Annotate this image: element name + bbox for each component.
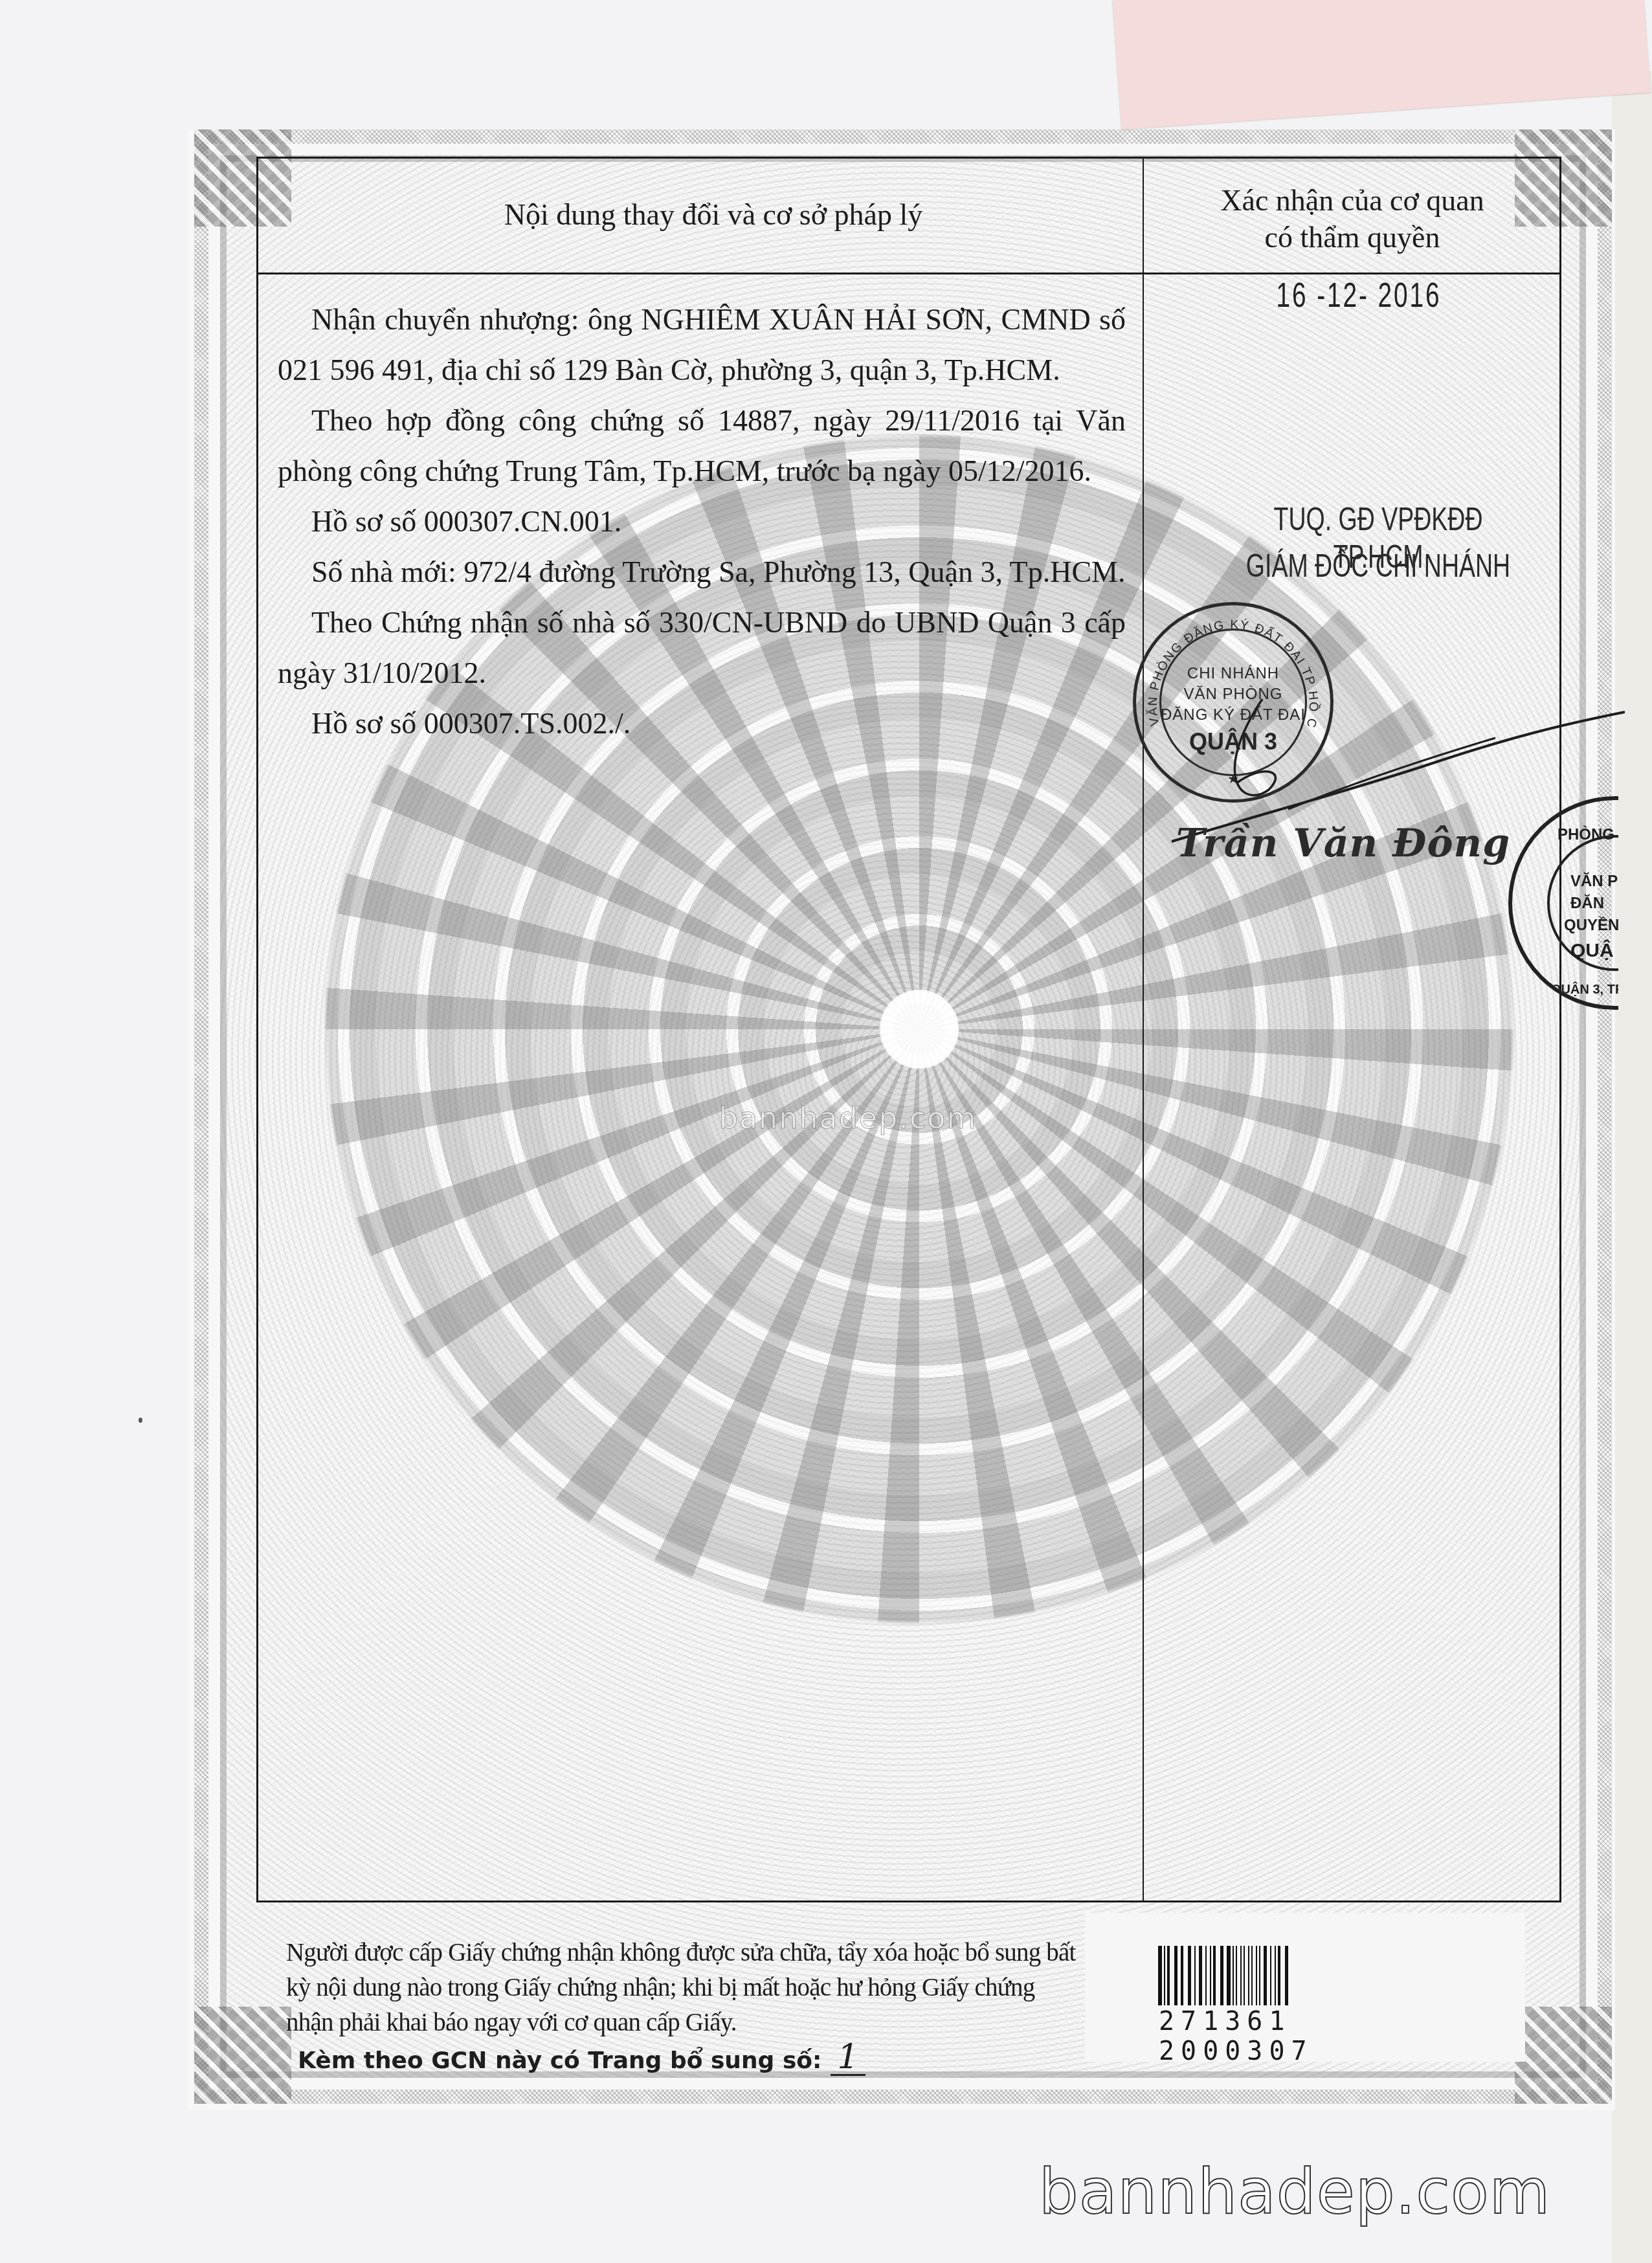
partial-seal-line1: VĂN P bbox=[1570, 873, 1618, 891]
partial-seal-outer-text: PHÒNG TÀI NGUYÊN bbox=[1557, 826, 1618, 844]
attachment-line: Kèm theo GCN này có Trang bổ sung số:1 bbox=[298, 2040, 865, 2076]
date-stamp: 16 -12- 2016 bbox=[1266, 275, 1452, 315]
barcode-icon bbox=[1158, 1946, 1291, 2005]
barcode-bar bbox=[1188, 1946, 1191, 2005]
barcode-bar bbox=[1227, 1946, 1231, 2005]
barcode-bar bbox=[1199, 1946, 1202, 2005]
corner-ornament-icon bbox=[194, 2007, 291, 2104]
attachment-page-number: 1 bbox=[831, 2040, 865, 2076]
signer-name: Trần Văn Đông bbox=[1175, 821, 1512, 866]
barcode-bar bbox=[1205, 1946, 1207, 2005]
page-edge-strip bbox=[1612, 71, 1652, 2263]
header-divider bbox=[258, 273, 1559, 274]
partial-seal-line4: QUẬ bbox=[1570, 940, 1614, 962]
change-entry-transfer: Nhận chuyển nhượng: ông NGHIÊM XUÂN HẢI … bbox=[278, 295, 1126, 396]
header-authority-confirmation: Xác nhận của cơ quan có thẩm quyền bbox=[1145, 182, 1559, 256]
change-entry-file-ts: Hồ sơ số 000307.TS.002./. bbox=[278, 698, 1126, 749]
barcode-bar bbox=[1285, 1946, 1288, 2005]
barcode-bar bbox=[1220, 1946, 1223, 2005]
authority-line-2: GIÁM ĐỐC CHI NHÁNH bbox=[1242, 547, 1514, 585]
partial-seal-line3: QUYỀN SỬ bbox=[1564, 917, 1618, 935]
barcode-bar bbox=[1259, 1946, 1260, 2005]
barcode-bar bbox=[1174, 1946, 1178, 2005]
column-divider bbox=[1143, 159, 1144, 1901]
barcode-bar bbox=[1275, 1946, 1276, 2005]
attachment-label: Kèm theo GCN này có Trang bổ sung số: bbox=[298, 2047, 821, 2074]
barcode-bar bbox=[1244, 1946, 1245, 2005]
barcode-bar bbox=[1181, 1946, 1183, 2005]
barcode-bar bbox=[1278, 1946, 1280, 2005]
changes-table: Nội dung thay đổi và cơ sở pháp lý Xác n… bbox=[256, 157, 1561, 1902]
barcode-bar bbox=[1240, 1946, 1242, 2005]
barcode-number: 271361 2000307 bbox=[1159, 2007, 1431, 2066]
change-entry-contract: Theo hợp đồng công chứng số 14887, ngày … bbox=[278, 396, 1126, 496]
barcode-bar bbox=[1233, 1946, 1234, 2005]
barcode-bar bbox=[1236, 1946, 1237, 2005]
barcode-bar bbox=[1213, 1946, 1216, 2005]
header-right-line2: có thẩm quyền bbox=[1145, 219, 1559, 256]
partial-seal-bottom-text: QUẬN 3, TP bbox=[1551, 983, 1618, 998]
scan-speck bbox=[139, 1418, 142, 1423]
barcode-bar bbox=[1210, 1946, 1211, 2005]
seal-line-1: CHI NHÁNH bbox=[1136, 665, 1330, 683]
changes-content: Nhận chuyển nhượng: ông NGHIÊM XUÂN HẢI … bbox=[278, 295, 1126, 749]
barcode-bar bbox=[1270, 1946, 1271, 2005]
corner-ornament-icon bbox=[1515, 2007, 1612, 2104]
barcode-bar bbox=[1264, 1946, 1267, 2005]
barcode-bar bbox=[1194, 1946, 1196, 2005]
change-entry-house-number-cert: Theo Chứng nhận số nhà số 330/CN-UBND do… bbox=[278, 597, 1126, 698]
barcode-bar bbox=[1248, 1946, 1249, 2005]
barcode-bar bbox=[1251, 1946, 1253, 2005]
footer-watermark: bannhadep.com bbox=[1036, 2156, 1554, 2228]
change-entry-file-cn: Hồ sơ số 000307.CN.001. bbox=[278, 496, 1126, 547]
barcode-bar bbox=[1164, 1946, 1165, 2005]
barcode-bar bbox=[1158, 1946, 1162, 2005]
barcode-bar bbox=[1167, 1946, 1170, 2005]
partial-seal-icon: PHÒNG TÀI NGUYÊN VĂN P ĐĂN QUYỀN SỬ QUẬ … bbox=[1508, 790, 1618, 1023]
legal-warning-note: Người được cấp Giấy chứng nhận không đượ… bbox=[286, 1935, 1076, 2040]
header-changes-legal-basis: Nội dung thay đổi và cơ sở pháp lý bbox=[258, 197, 1143, 232]
partial-seal-ring: PHÒNG TÀI NGUYÊN VĂN P ĐĂN QUYỀN SỬ QUẬ … bbox=[1508, 796, 1618, 1010]
partial-seal-line2: ĐĂN bbox=[1570, 895, 1604, 913]
change-entry-new-address: Số nhà mới: 972/4 đường Trường Sa, Phườn… bbox=[278, 547, 1126, 597]
header-right-line1: Xác nhận của cơ quan bbox=[1145, 182, 1559, 219]
barcode-bar bbox=[1256, 1946, 1257, 2005]
attached-pink-slip bbox=[1112, 0, 1651, 129]
